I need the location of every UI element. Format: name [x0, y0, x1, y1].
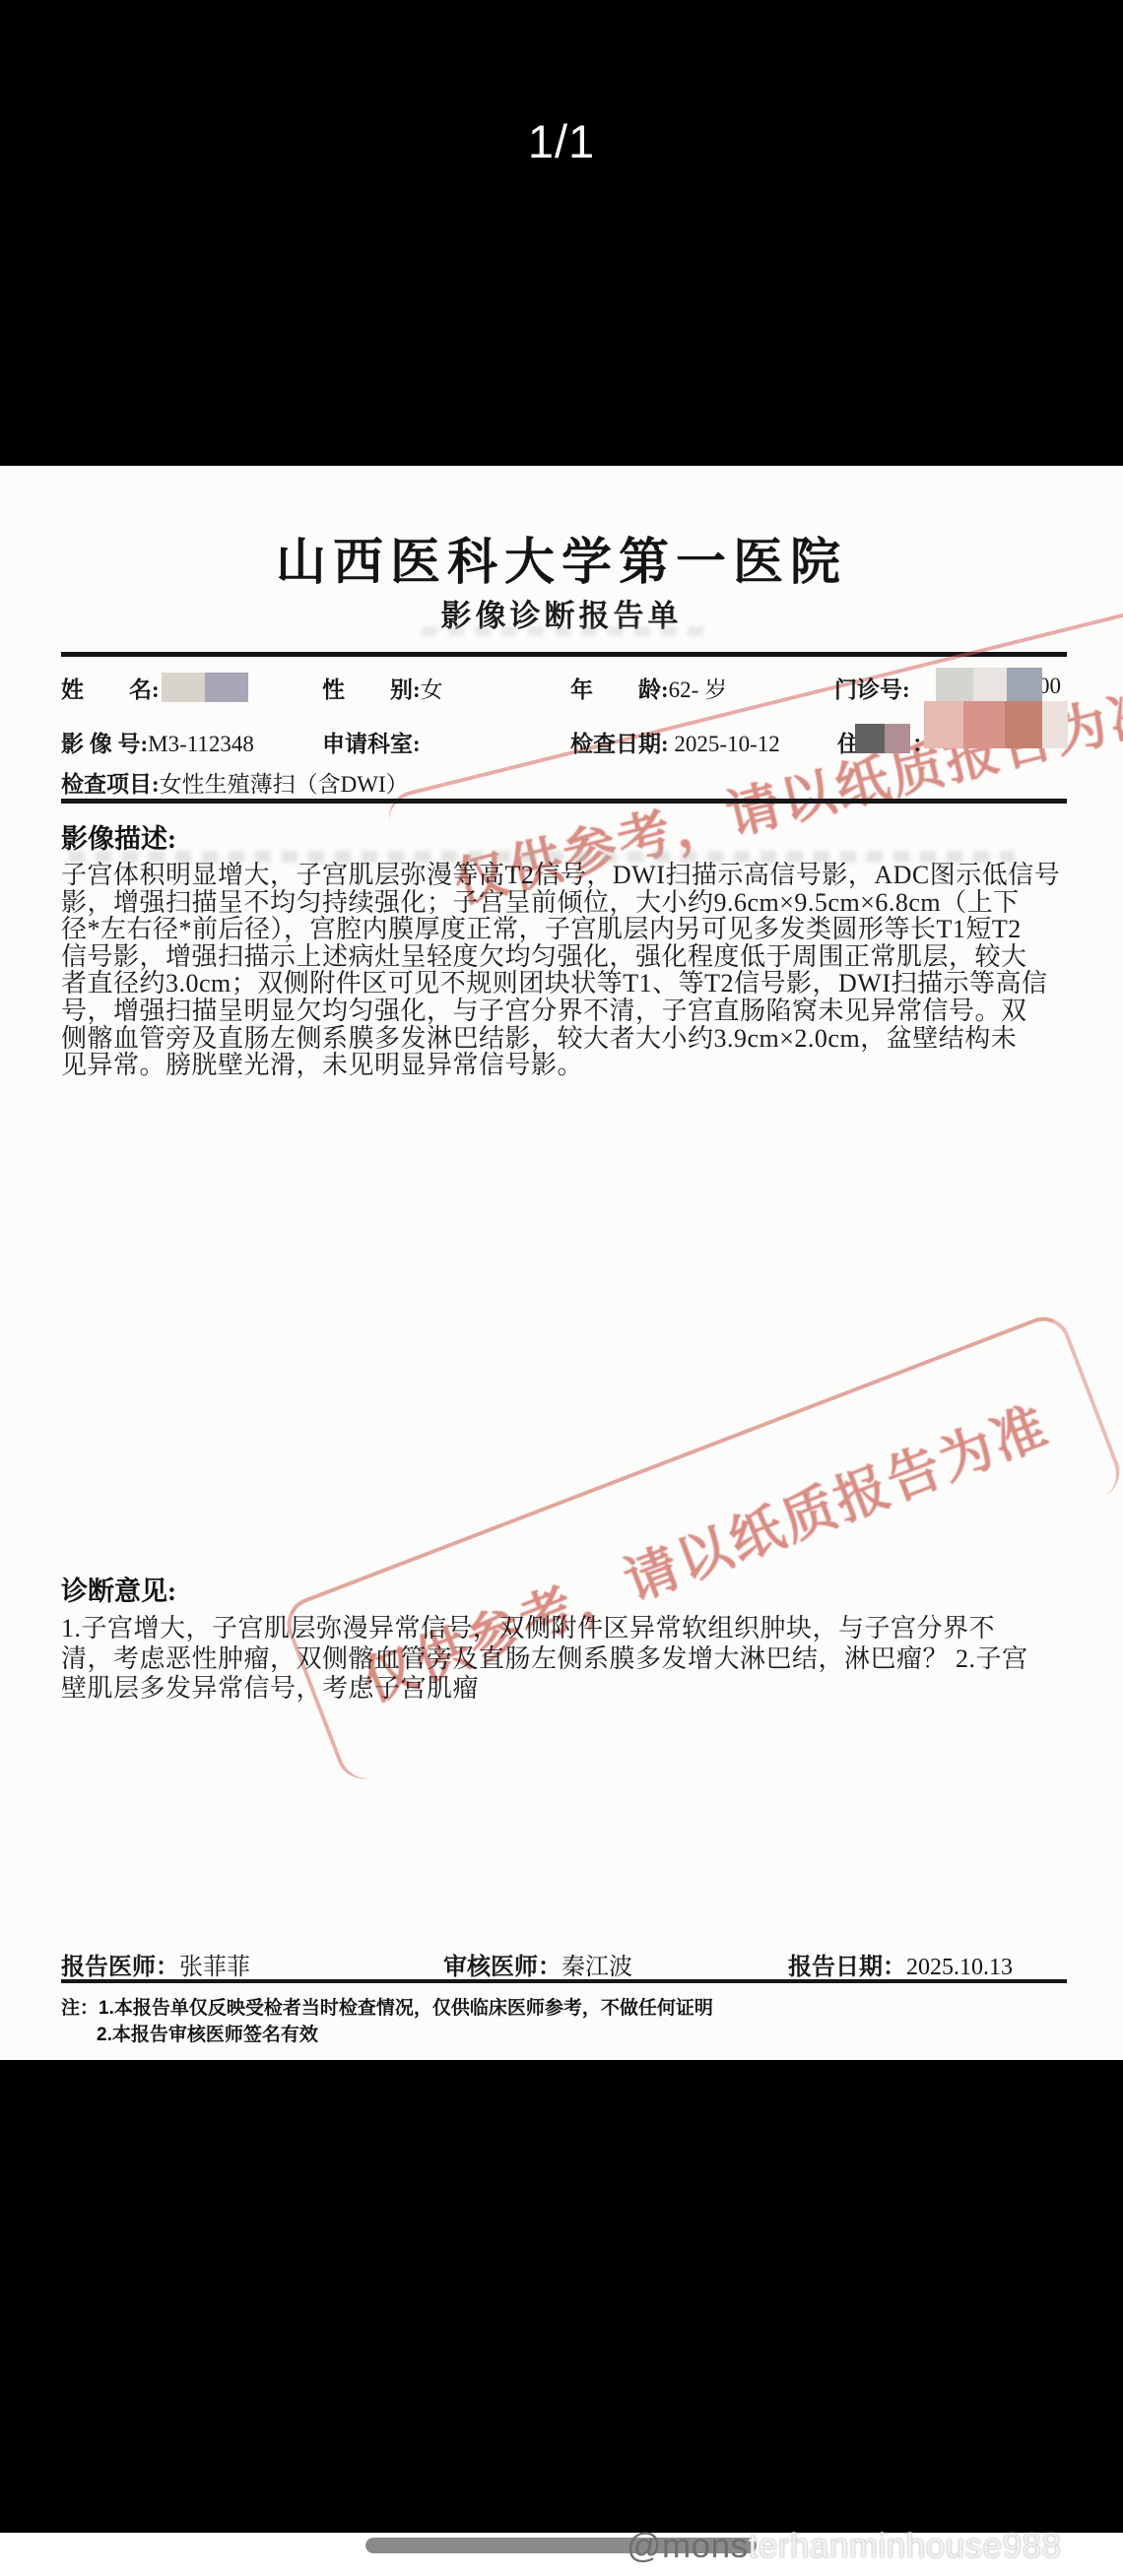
report-date-field: 报告日期：2025.10.13 — [788, 1947, 1013, 1981]
exam-date-value: 2025-10-12 — [674, 732, 779, 756]
divider-top — [61, 652, 1067, 657]
censor-mosaic-stamp-area — [963, 701, 1005, 748]
review-doctor-name: 秦江波 — [561, 1955, 632, 1980]
censor-mosaic-stamp-area — [924, 701, 963, 748]
censor-mosaic-admission-no — [855, 724, 885, 753]
censor-mosaic-clinic-no — [1007, 668, 1042, 701]
request-dept-label: 申请科室: — [322, 732, 421, 756]
page-indicator: 1/1 — [0, 114, 1123, 168]
paper-copy-stamp: 仅供参考，请以纸质报告为准 — [279, 1309, 1123, 1786]
patient-age-field: 年 龄:62- 岁 — [570, 672, 727, 704]
exam-item-field: 检查项目:女性生殖薄扫（含DWI） — [61, 766, 409, 799]
hospital-title: 山西医科大学第一医院 — [0, 521, 1123, 594]
report-doctor-name: 张菲菲 — [179, 1955, 250, 1980]
report-date-label: 报告日期： — [788, 1955, 906, 1980]
patient-sex-label: 性 别: — [322, 677, 421, 702]
diagnosis-header: 诊断意见: — [61, 1570, 176, 1608]
patient-name-label: 姓 名: — [61, 677, 160, 702]
exam-item-label: 检查项目: — [61, 772, 160, 797]
report-date-value: 2025.10.13 — [906, 1955, 1013, 1980]
patient-name-field: 姓 名: — [61, 672, 160, 704]
patient-age-value: 62- 岁 — [669, 677, 727, 702]
review-doctor-field: 审核医师：秦江波 — [443, 1947, 632, 1981]
divider-footer — [61, 1979, 1067, 1983]
censor-mosaic-clinic-no — [973, 668, 1007, 701]
report-doctor-field: 报告医师：张菲菲 — [61, 1947, 250, 1981]
social-watermark-rest: terhanminhouse988 — [749, 2527, 1062, 2565]
review-doctor-label: 审核医师： — [443, 1955, 561, 1980]
social-watermark-prefix: @mons — [627, 2527, 749, 2565]
censor-mosaic-name — [162, 673, 205, 702]
report-document: 山西医科大学第一医院 影像诊断报告单 仅供参考，请以纸质报告为准 仅供参考，请以… — [0, 466, 1123, 2060]
divider-info — [61, 799, 1067, 804]
censor-mosaic-clinic-no — [936, 668, 973, 701]
censor-mosaic-stamp-area — [1005, 701, 1042, 748]
patient-sex-field: 性 别:女 — [322, 672, 443, 704]
censor-mosaic-stamp-area — [1042, 701, 1068, 748]
footnote-line-2: 2.本报告审核医师签名有效 — [97, 2020, 318, 2046]
censor-mosaic-name — [205, 673, 248, 702]
patient-sex-value: 女 — [421, 677, 443, 702]
exam-date-field: 检查日期: 2025-10-12 — [570, 726, 780, 758]
clinic-number-field: 门诊号: — [834, 672, 910, 704]
diagnosis-text: 1.子宫增大，子宫肌层弥漫异常信号，双侧附件区异常软组织肿块，与子宫分界不 清，… — [61, 1614, 1072, 1705]
image-number-field: 影 像 号:M3-112348 — [61, 726, 254, 758]
exam-date-label: 检查日期: — [570, 732, 669, 756]
request-dept-field: 申请科室: — [322, 726, 421, 758]
social-watermark: @monsterhanminhouse988 — [627, 2527, 1062, 2566]
description-text: 子宫体积明显增大，子宫肌层弥漫等高T2信号，DWI扫描示高信号影，ADC图示低信… — [61, 862, 1072, 1079]
patient-age-label: 年 龄: — [570, 677, 669, 702]
exam-item-value: 女性生殖薄扫（含DWI） — [160, 772, 409, 797]
image-number-value: M3-112348 — [148, 732, 254, 756]
image-viewer: 1/1 山西医科大学第一医院 影像诊断报告单 仅供参考，请以纸质报告为准 仅供参… — [0, 0, 1123, 2576]
report-doctor-label: 报告医师： — [61, 1955, 179, 1980]
censor-mosaic-admission-no — [885, 724, 910, 753]
scan-ghost-artifact — [422, 626, 703, 636]
footnote-line-1: 注：1.本报告单仅反映受检者当时检查情况，仅供临床医师参考，不做任何证明 — [61, 1993, 713, 2020]
image-number-label: 影 像 号: — [61, 732, 148, 756]
clinic-number-label: 门诊号: — [834, 677, 910, 702]
